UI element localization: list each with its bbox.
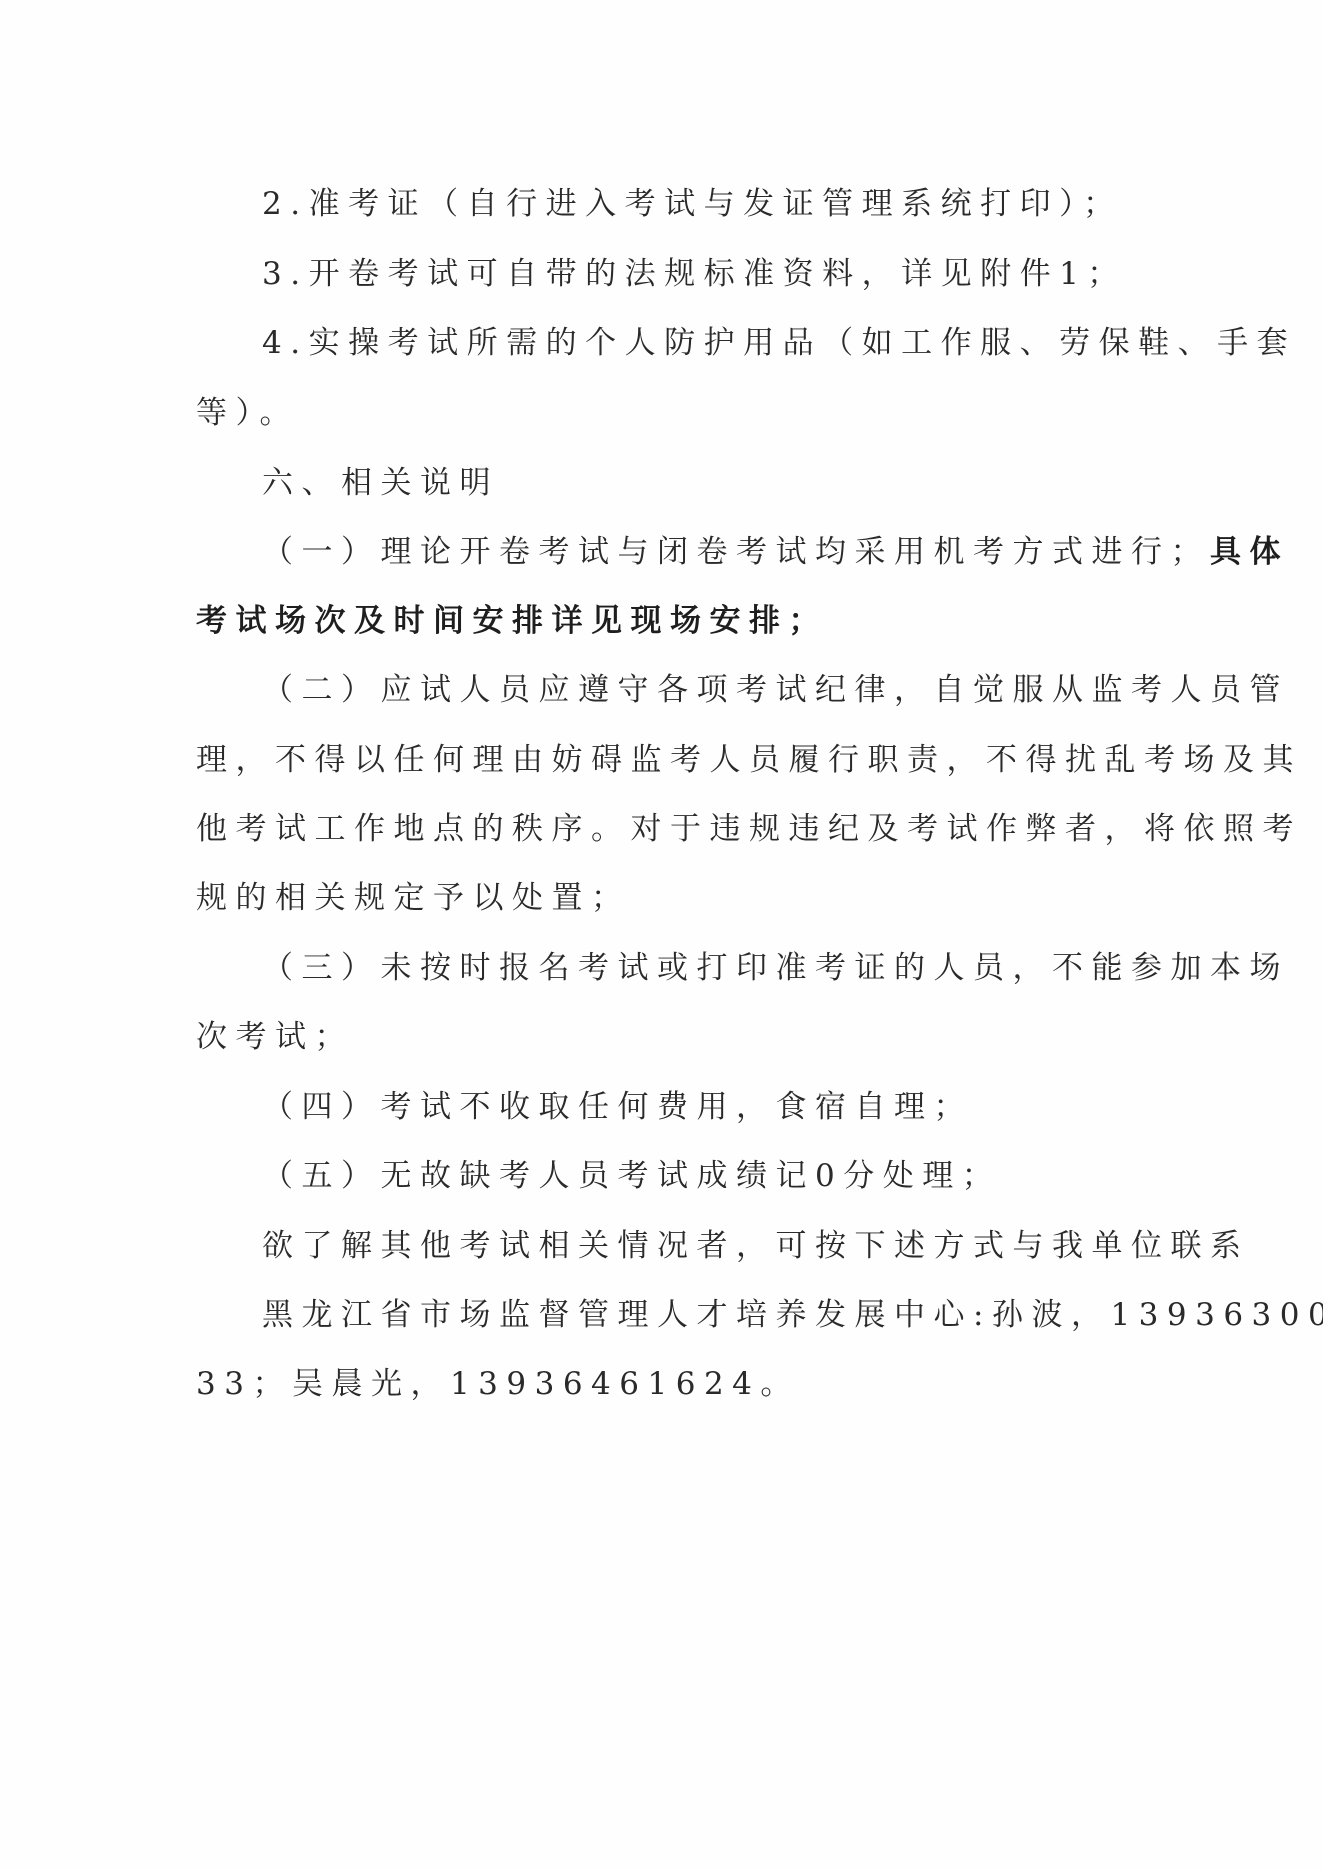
clause-1-line-1: （一）理论开卷考试与闭卷考试均采用机考方式进行；具体 (262, 532, 1289, 572)
list-item-open-book-materials: 3.开卷考试可自带的法规标准资料，详见附件1； (262, 254, 1127, 294)
clause-4-line-1: （四）考试不收取任何费用，食宿自理； (262, 1087, 973, 1127)
clause-3-line-2: 次考试； (196, 1017, 354, 1057)
list-item-protective-equipment: 4.实操考试所需的个人防护用品（如工作服、劳保鞋、手套 (262, 323, 1296, 363)
section-heading: 六、相关说明 (262, 463, 499, 503)
contact-intro: 欲了解其他考试相关情况者，可按下述方式与我单位联系 (262, 1226, 1250, 1266)
list-item-admission-ticket: 2.准考证（自行进入考试与发证管理系统打印）； (262, 184, 1123, 224)
clause-1-text: （一）理论开卷考试与闭卷考试均采用机考方式进行； (262, 534, 1210, 570)
contact-line-2: 33；吴晨光，13936461624。 (196, 1364, 800, 1404)
clause-5-line-1: （五）无故缺考人员考试成绩记0分处理； (262, 1156, 1001, 1196)
document-page: 2.准考证（自行进入考试与发证管理系统打印）； 3.开卷考试可自带的法规标准资料… (0, 0, 1323, 1870)
clause-1-bold-text: 具体 (1210, 534, 1289, 570)
contact-line-1: 黑龙江省市场监督管理人才培养发展中心:孙波，139363009 (262, 1295, 1323, 1335)
clause-2-line-3: 他考试工作地点的秩序。对于违规违纪及考试作弊者，将依照考 (196, 809, 1302, 849)
list-item-protective-equipment-cont: 等）。 (196, 393, 299, 433)
clause-2-line-4: 规的相关规定予以处置； (196, 878, 631, 918)
clause-2-line-1: （二）应试人员应遵守各项考试纪律，自觉服从监考人员管 (262, 670, 1289, 710)
clause-3-line-1: （三）未按时报名考试或打印准考证的人员，不能参加本场 (262, 948, 1289, 988)
clause-2-line-2: 理，不得以任何理由妨碍监考人员履行职责，不得扰乱考场及其 (196, 740, 1302, 780)
clause-1-line-2: 考试场次及时间安排详见现场安排； (196, 601, 828, 641)
